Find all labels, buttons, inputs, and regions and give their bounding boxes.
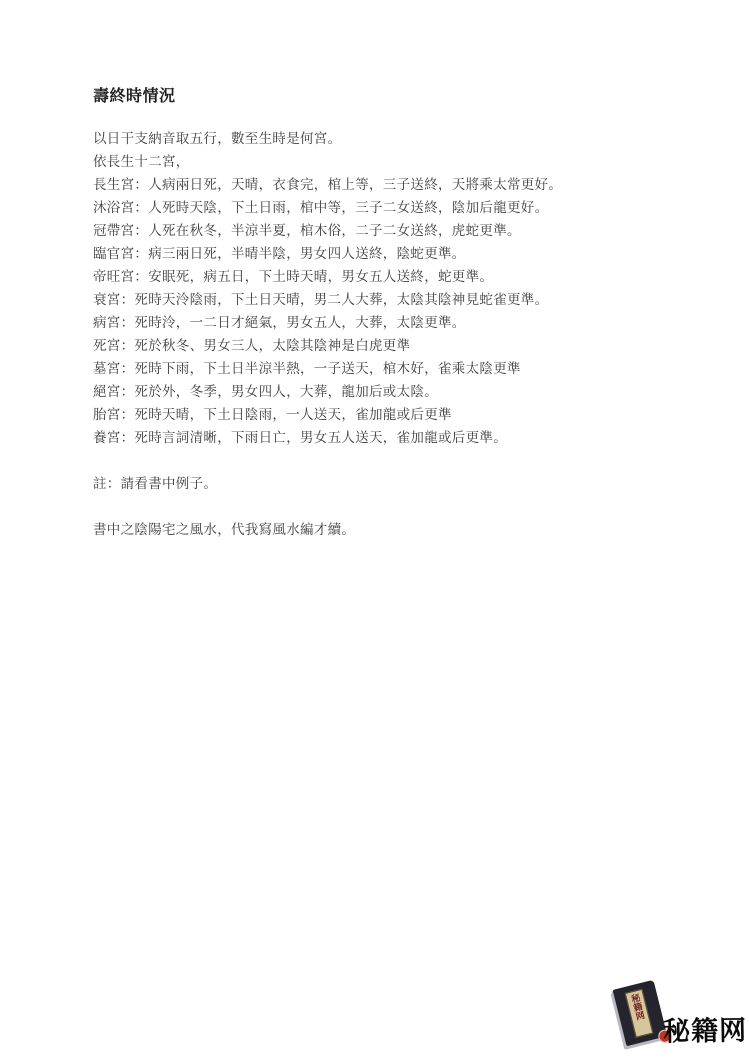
intro-line: 依長生十二宮， bbox=[93, 150, 693, 173]
note-line: 註：請看書中例子。 bbox=[93, 472, 693, 495]
document-page: 壽終時情況 以日干支納音取五行，數至生時是何宮。 依長生十二宮， 長生宮：人病兩… bbox=[0, 0, 749, 1060]
book-logo-icon: 秘籍网 bbox=[613, 980, 668, 1046]
palace-line-linguan: 臨官宮：病三兩日死，半晴半陰，男女四人送終，陰蛇更準。 bbox=[93, 242, 693, 265]
palace-line-changsheng: 長生宮：人病兩日死，天晴，衣食完，棺上等，三子送終，天將乘太常更好。 bbox=[93, 173, 693, 196]
palace-line-tai: 胎宮：死時天晴，下土日陰雨，一人送天，雀加龍或后更準 bbox=[93, 403, 693, 426]
site-watermark: 秘籍网 秘籍网 bbox=[607, 980, 747, 1056]
palace-line-bing: 病宮：死時泠，一二日才絕氣，男女五人，大葬，太陰更準。 bbox=[93, 311, 693, 334]
palace-line-mu: 墓宮：死時下雨，下土日半涼半熱，一子送天，棺木好，雀乘太陰更準 bbox=[93, 357, 693, 380]
book-cover: 秘籍网 bbox=[613, 980, 668, 1046]
palace-line-guandai: 冠帶宮：人死在秋冬，半涼半夏，棺木俗，二子二女送終，虎蛇更準。 bbox=[93, 219, 693, 242]
site-name-calligraphy: 秘籍网 bbox=[663, 1008, 748, 1048]
page-title: 壽終時情況 bbox=[93, 83, 176, 106]
intro-line: 以日干支納音取五行，數至生時是何宮。 bbox=[93, 127, 693, 150]
palace-line-muyu: 沐浴宮：人死時天陰，下土日雨，棺中等，三子二女送終，陰加后龍更好。 bbox=[93, 196, 693, 219]
palace-line-jue: 絕宮：死於外，冬季，男女四人，大葬，龍加后或太陰。 bbox=[93, 380, 693, 403]
document-body: 以日干支納音取五行，數至生時是何宮。 依長生十二宮， 長生宮：人病兩日死，天晴，… bbox=[93, 127, 693, 541]
book-cover-label: 秘籍网 bbox=[625, 989, 654, 1038]
palace-line-yang: 養宮：死時言詞清晰，下雨日亡，男女五人送天，雀加龍或后更準。 bbox=[93, 426, 693, 449]
book-cover-label-text: 秘籍网 bbox=[627, 992, 647, 1022]
palace-line-diwang: 帝旺宮：安眠死，病五日，下土時天晴，男女五人送終，蛇更準。 bbox=[93, 265, 693, 288]
palace-line-shuai: 衰宮：死時天泠陰雨，下土日天晴，男二人大葬，太陰其陰神見蛇雀更準。 bbox=[93, 288, 693, 311]
palace-line-si: 死宮：死於秋冬、男女三人，太陰其陰神是白虎更準 bbox=[93, 334, 693, 357]
closing-line: 書中之陰陽宅之風水，代我寫風水編才續。 bbox=[93, 518, 693, 541]
